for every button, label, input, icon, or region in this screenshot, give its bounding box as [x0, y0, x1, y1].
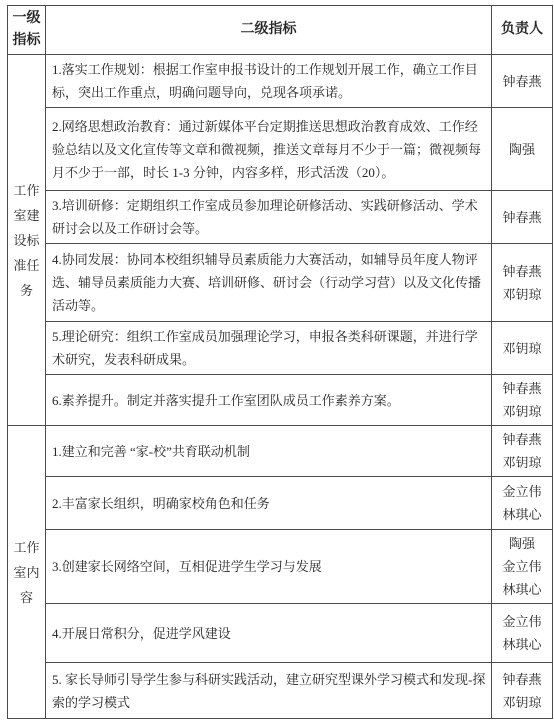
persons-cell: 金立伟 林琪心: [492, 604, 553, 663]
table-row: 工作室建设标准任务 1.落实工作规划：根据工作室申报书设计的工作规划开展工作，确…: [8, 55, 553, 108]
persons-cell: 钟春燕: [492, 191, 553, 244]
persons-cell: 邓钥琼: [492, 322, 553, 375]
table-row: 4.协同发展：协同本校组织辅导员素质能力大赛活动，如辅导员年度人物评选、辅导员素…: [8, 244, 553, 322]
category-label: 工作室内容: [13, 535, 41, 610]
table-row: 3.创建家长网络空间，互相促进学生学习与发展 陶强 金立伟 林琪心: [8, 530, 553, 604]
indicator-cell: 2.网络思想政治教育：通过新媒体平台定期推送思想政治教育成效、工作经验总结以及文…: [46, 108, 492, 191]
persons-cell: 钟春燕 邓钥琼: [492, 244, 553, 322]
table-row: 3.培训研修：定期组织工作室成员参加理论研修活动、实践研修活动、学术研讨会以及工…: [8, 191, 553, 244]
indicator-cell: 3.创建家长网络空间，互相促进学生学习与发展: [46, 530, 492, 604]
persons-cell: 钟春燕 邓钥琼: [492, 375, 553, 426]
table-row: 5.理论研究：组织工作室成员加强理论学习，申报各类科研课题，并进行学术研究，发表…: [8, 322, 553, 375]
header-level1-indicator-label: 一级指标: [12, 8, 42, 52]
persons-cell: 钟春燕 邓钥琼: [492, 426, 553, 477]
persons-cell: 陶强 金立伟 林琪心: [492, 530, 553, 604]
indicator-cell: 5. 家长导师引导学生参与科研实践活动，建立研究型课外学习模式和发现-探索的学习…: [46, 663, 492, 719]
indicator-cell: 6.素养提升。制定并落实提升工作室团队成员工作素养方案。: [46, 375, 492, 426]
table-row: 5. 家长导师引导学生参与科研实践活动，建立研究型课外学习模式和发现-探索的学习…: [8, 663, 553, 719]
indicator-cell: 4.协同发展：协同本校组织辅导员素质能力大赛活动，如辅导员年度人物评选、辅导员素…: [46, 244, 492, 322]
persons-cell: 钟春燕: [492, 55, 553, 108]
table-row: 2.网络思想政治教育：通过新媒体平台定期推送思想政治教育成效、工作经验总结以及文…: [8, 108, 553, 191]
indicator-cell: 2.丰富家长组织，明确家校角色和任务: [46, 477, 492, 530]
header-level1-indicator: 一级指标: [8, 6, 46, 55]
category-label: 工作室建设标准任务: [13, 178, 41, 303]
header-level2-indicator: 二级指标: [46, 6, 492, 55]
table-row: 工作室内容 1.建立和完善 “家-校”共育联动机制 钟春燕 邓钥琼: [8, 426, 553, 477]
document-page: 一级指标 二级指标 负责人 工作室建设标准任务 1.落实工作规划：根据工作室申报…: [0, 0, 554, 721]
indicator-cell: 1.落实工作规划：根据工作室申报书设计的工作规划开展工作，确立工作目标，突出工作…: [46, 55, 492, 108]
indicator-cell: 3.培训研修：定期组织工作室成员参加理论研修活动、实践研修活动、学术研讨会以及工…: [46, 191, 492, 244]
persons-cell: 金立伟 林琪心: [492, 477, 553, 530]
category-cell-studio-content: 工作室内容: [8, 426, 46, 719]
table-row: 2.丰富家长组织，明确家校角色和任务 金立伟 林琪心: [8, 477, 553, 530]
table-row: 4.开展日常积分，促进学风建设 金立伟 林琪心: [8, 604, 553, 663]
table-header-row: 一级指标 二级指标 负责人: [8, 6, 553, 55]
indicator-cell: 4.开展日常积分，促进学风建设: [46, 604, 492, 663]
header-responsible-person: 负责人: [492, 6, 553, 55]
indicator-cell: 1.建立和完善 “家-校”共育联动机制: [46, 426, 492, 477]
table-row: 6.素养提升。制定并落实提升工作室团队成员工作素养方案。 钟春燕 邓钥琼: [8, 375, 553, 426]
persons-cell: 钟春燕 邓钥琼: [492, 663, 553, 719]
indicator-cell: 5.理论研究：组织工作室成员加强理论学习，申报各类科研课题，并进行学术研究，发表…: [46, 322, 492, 375]
indicators-table: 一级指标 二级指标 负责人 工作室建设标准任务 1.落实工作规划：根据工作室申报…: [7, 5, 553, 719]
persons-cell: 陶强: [492, 108, 553, 191]
category-cell-construction-tasks: 工作室建设标准任务: [8, 55, 46, 426]
